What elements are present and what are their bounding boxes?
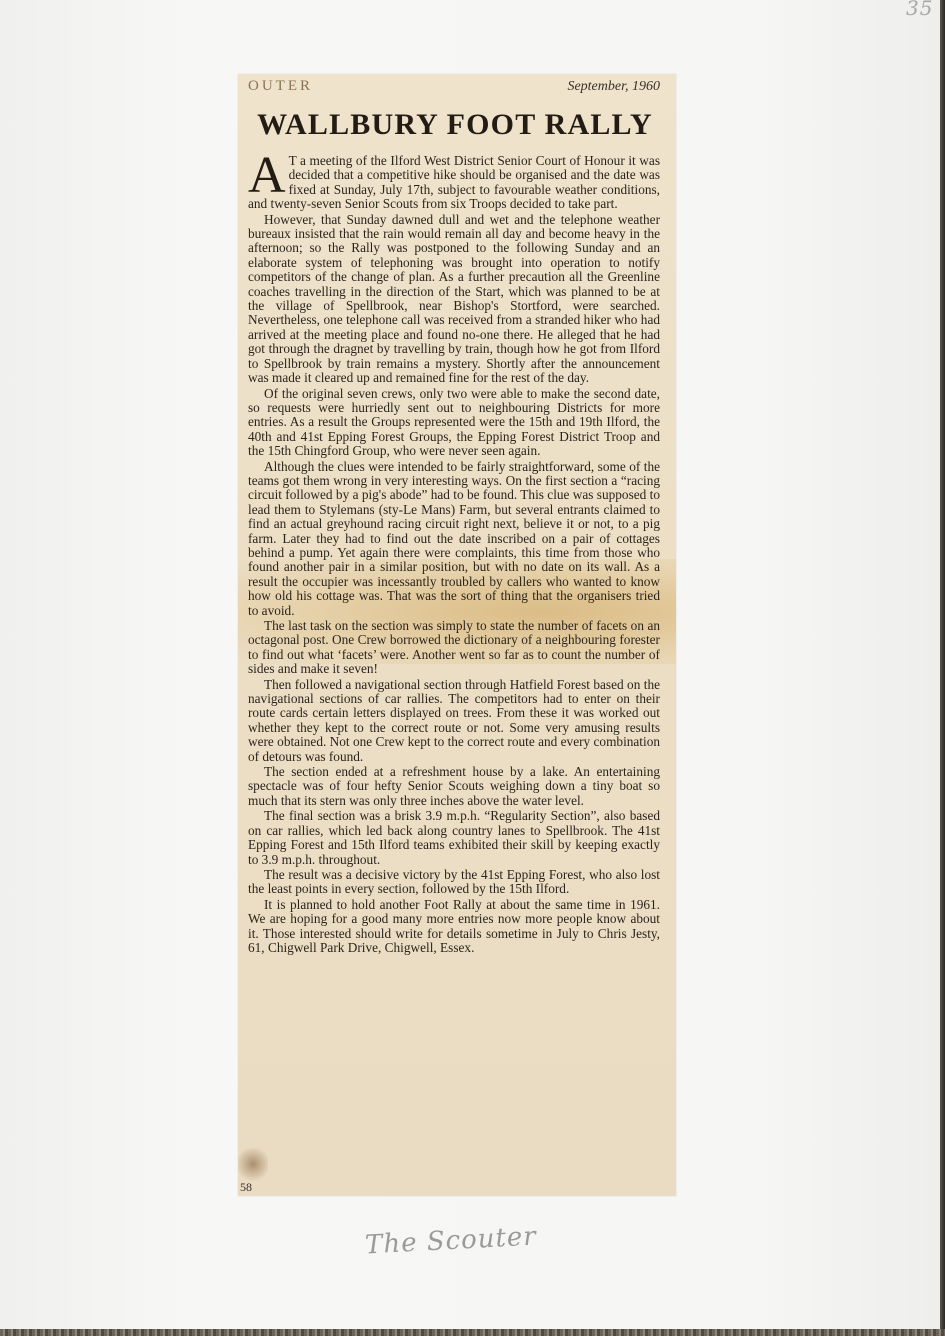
article-body: AT a meeting of the Ilford West District… — [248, 154, 660, 956]
newspaper-clipping: OUTER September, 1960 WALLBURY FOOT RALL… — [238, 74, 676, 1196]
article-paragraph: Of the original seven crews, only two we… — [248, 387, 660, 459]
album-page: 35 OUTER September, 1960 WALLBURY FOOT R… — [0, 0, 940, 1329]
page-edge-right — [940, 0, 945, 1336]
handwritten-caption: The Scouter — [364, 1222, 537, 1261]
folio-number: 58 — [240, 1180, 252, 1195]
article-paragraph: The final section was a brisk 3.9 m.p.h.… — [248, 809, 660, 867]
page-number: 35 — [906, 0, 933, 20]
ink-blot — [238, 1144, 268, 1184]
article-headline: WALLBURY FOOT RALLY — [248, 108, 662, 142]
page-edge-bottom — [0, 1329, 945, 1336]
article-paragraph: It is planned to hold another Foot Rally… — [248, 898, 660, 956]
article-paragraph: The last task on the section was simply … — [248, 619, 660, 677]
article-paragraph: Then followed a navigational section thr… — [248, 678, 660, 764]
section-label: OUTER — [248, 78, 313, 95]
article-paragraph: However, that Sunday dawned dull and wet… — [248, 213, 660, 386]
article-paragraph: The section ended at a refreshment house… — [248, 765, 660, 808]
clipping-header: OUTER September, 1960 — [248, 78, 660, 98]
article-paragraph: AT a meeting of the Ilford West District… — [248, 154, 660, 212]
issue-date: September, 1960 — [567, 79, 660, 95]
article-paragraph: The result was a decisive victory by the… — [248, 868, 660, 897]
drop-cap: A — [248, 156, 286, 196]
article-paragraph: Although the clues were intended to be f… — [248, 460, 660, 618]
